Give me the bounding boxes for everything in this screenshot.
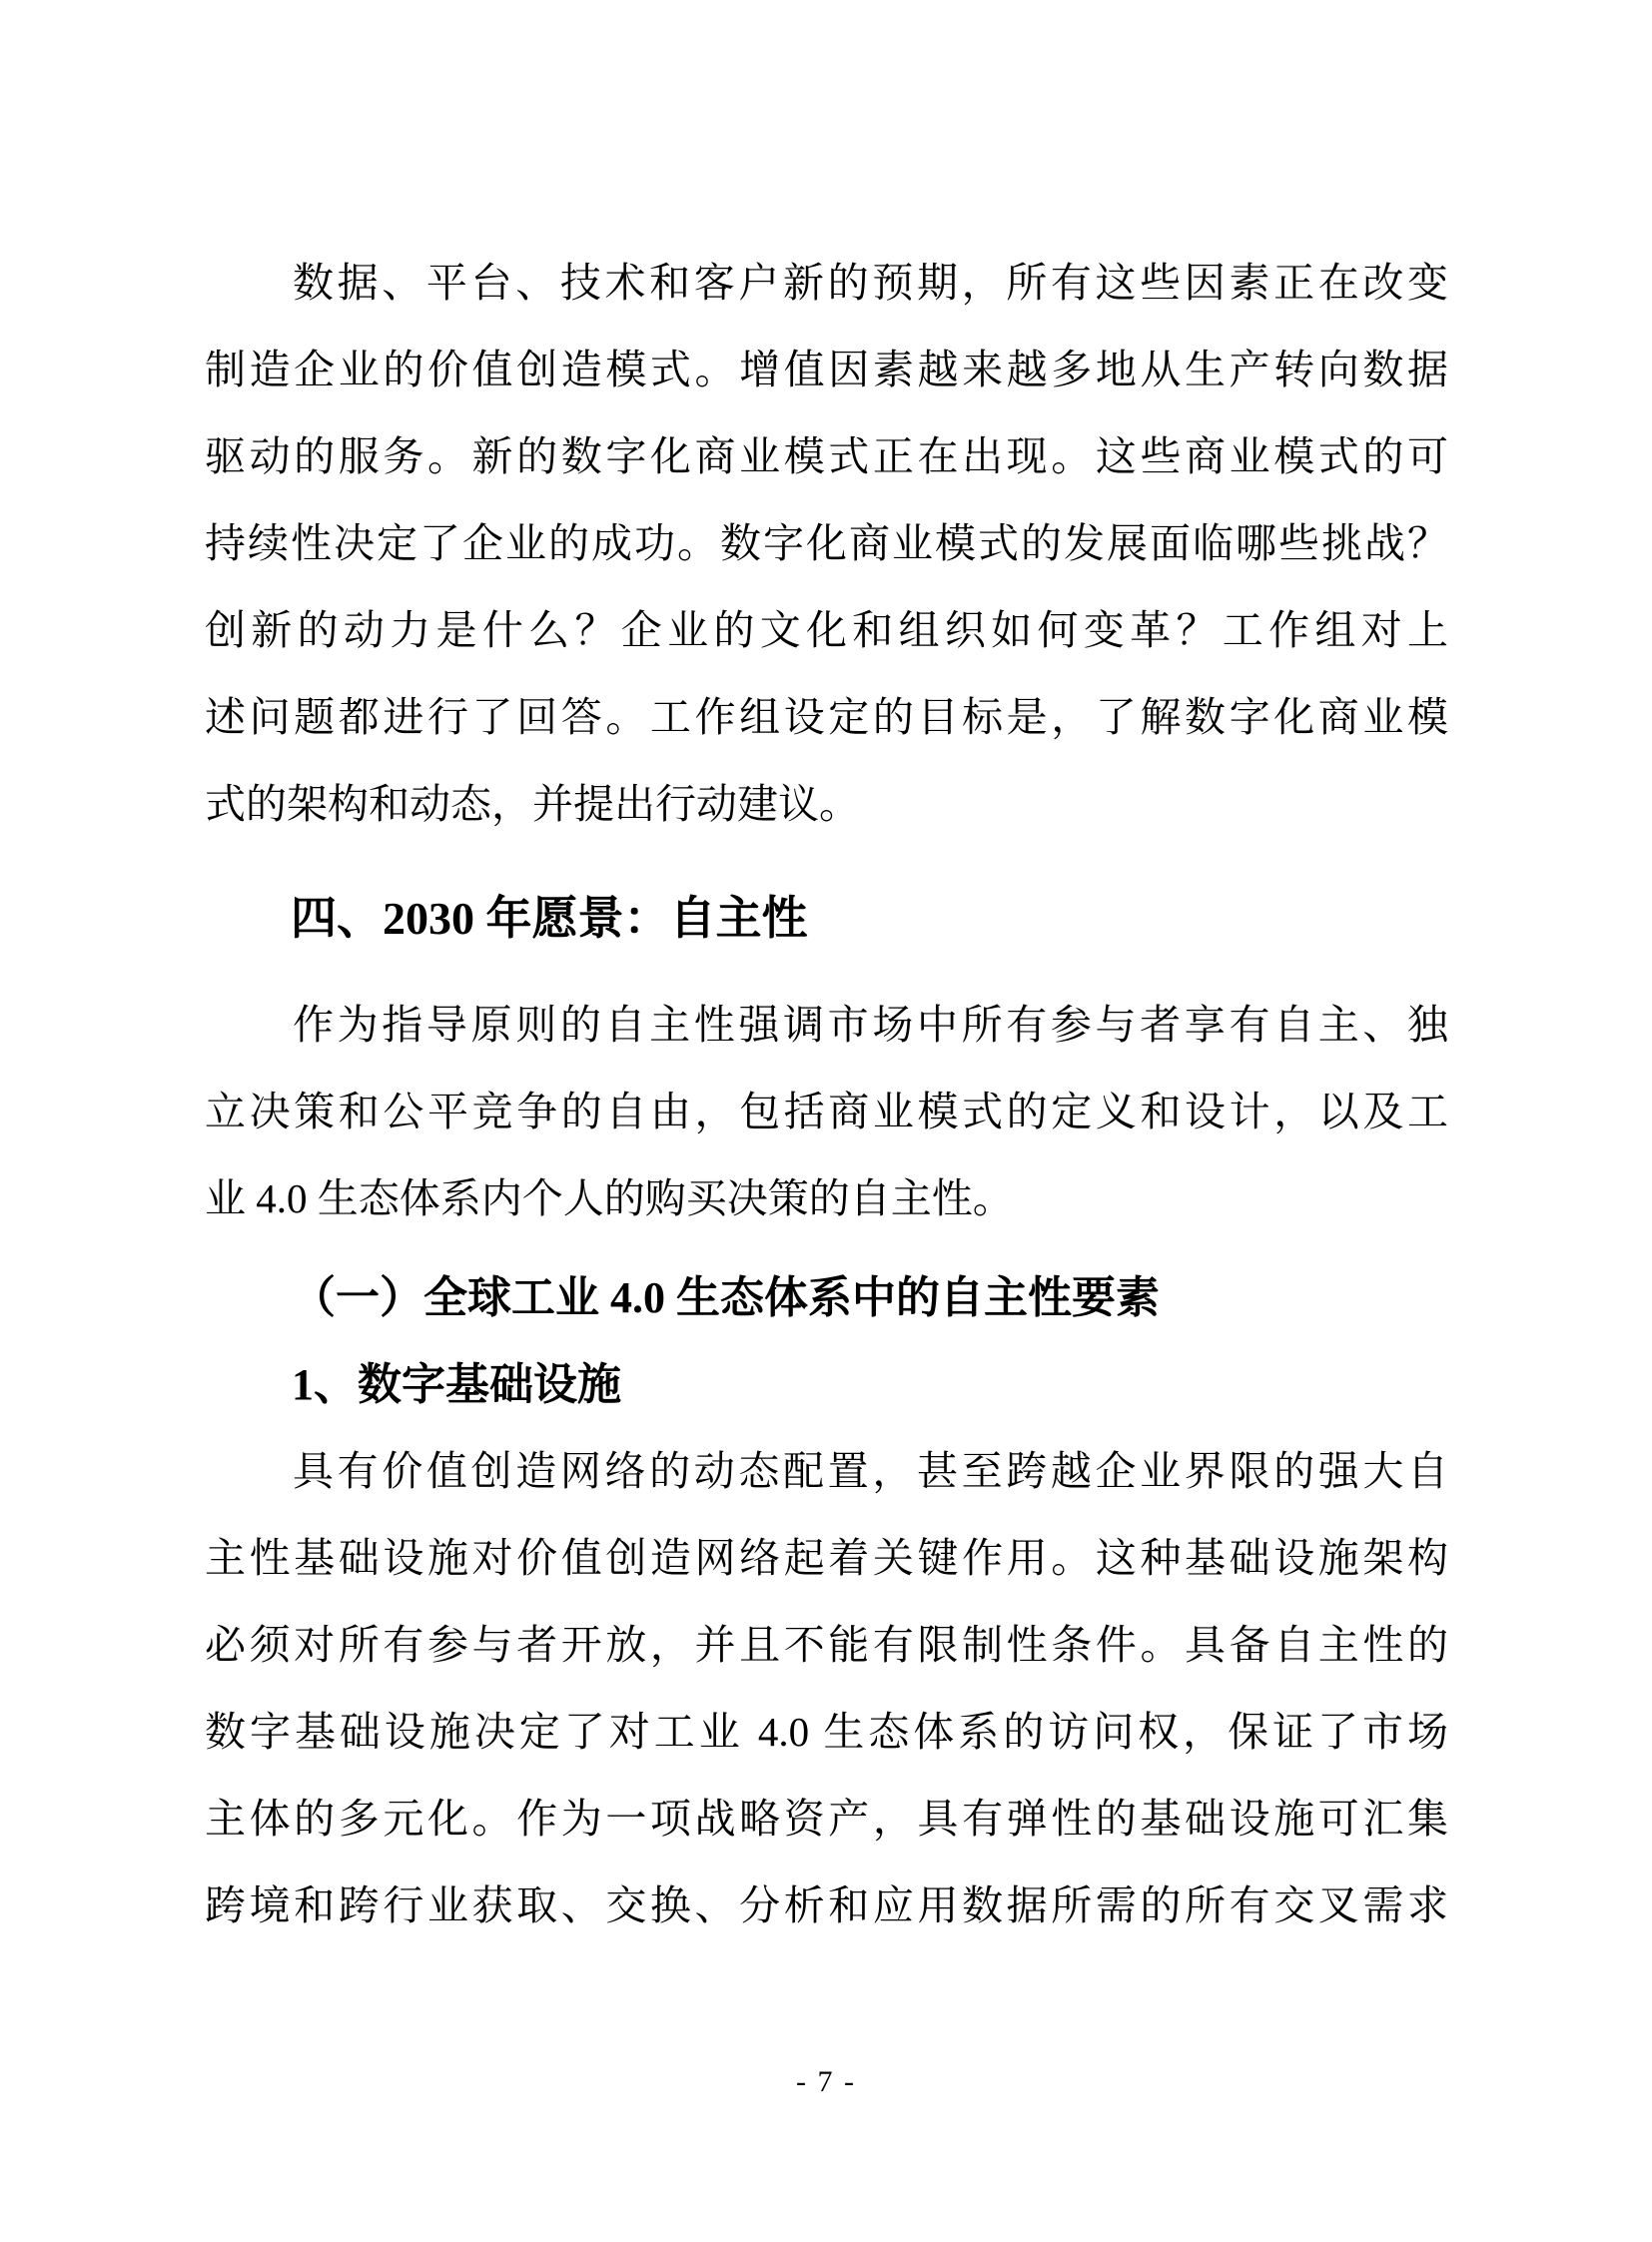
text-line: 主性基础设施对价值创造网络起着关键作用。这种基础设施架构 — [205, 1515, 1448, 1602]
text-line: 立决策和公平竞争的自由，包括商业模式的定义和设计，以及工 — [205, 1069, 1448, 1155]
text-line: 数据、平台、技术和客户新的预期，所有这些因素正在改变 — [205, 240, 1448, 327]
section-heading-vision-2030: 四、2030 年愿景：自主性 — [205, 875, 1448, 962]
autonomy-principle-paragraph: 作为指导原则的自主性强调市场中所有参与者享有自主、独立决策和公平竞争的自由，包括… — [205, 982, 1448, 1242]
text-line: 创新的动力是什么？企业的文化和组织如何变革？工作组对上 — [205, 587, 1448, 674]
text-line: 制造企业的价值创造模式。增值因素越来越多地从生产转向数据 — [205, 327, 1448, 413]
text-line: 述问题都进行了回答。工作组设定的目标是，了解数字化商业模 — [205, 674, 1448, 761]
text-line: 作为指导原则的自主性强调市场中所有参与者享有自主、独 — [205, 982, 1448, 1069]
subsection-heading-autonomy-elements: （一）全球工业 4.0 生态体系中的自主性要素 — [205, 1254, 1448, 1341]
page-content: 数据、平台、技术和客户新的预期，所有这些因素正在改变制造企业的价值创造模式。增值… — [205, 240, 1448, 1949]
text-line: 持续性决定了企业的成功。数字化商业模式的发展面临哪些挑战？ — [205, 500, 1448, 587]
text-line: 驱动的服务。新的数字化商业模式正在出现。这些商业模式的可 — [205, 413, 1448, 500]
document-page: 数据、平台、技术和客户新的预期，所有这些因素正在改变制造企业的价值创造模式。增值… — [0, 0, 1652, 2242]
text-line: 式的架构和动态，并提出行动建议。 — [205, 761, 1448, 848]
text-line: 必须对所有参与者开放，并且不能有限制性条件。具备自主性的 — [205, 1602, 1448, 1689]
text-line: 业 4.0 生态体系内个人的购买决策的自主性。 — [205, 1155, 1448, 1242]
page-footer: - 7 - — [0, 2065, 1652, 2099]
text-line: 跨境和跨行业获取、交换、分析和应用数据所需的所有交叉需求 — [205, 1863, 1448, 1949]
intro-paragraph: 数据、平台、技术和客户新的预期，所有这些因素正在改变制造企业的价值创造模式。增值… — [205, 240, 1448, 848]
item-heading-digital-infrastructure: 1、数字基础设施 — [205, 1341, 1448, 1428]
text-line: 数字基础设施决定了对工业 4.0 生态体系的访问权，保证了市场 — [205, 1689, 1448, 1776]
text-line: 具有价值创造网络的动态配置，甚至跨越企业界限的强大自 — [205, 1428, 1448, 1515]
page-number: - 7 - — [796, 2065, 856, 2098]
digital-infrastructure-paragraph: 具有价值创造网络的动态配置，甚至跨越企业界限的强大自主性基础设施对价值创造网络起… — [205, 1428, 1448, 1949]
text-line: 主体的多元化。作为一项战略资产，具有弹性的基础设施可汇集 — [205, 1776, 1448, 1863]
